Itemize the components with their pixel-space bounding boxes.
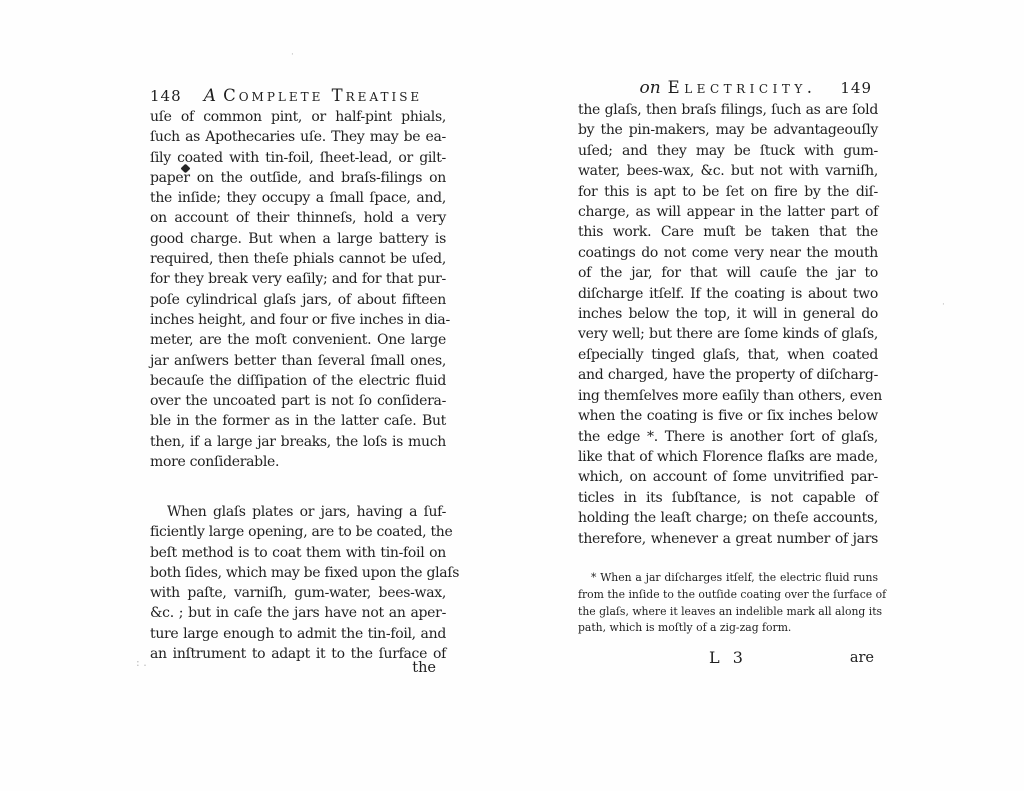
- text-line: this work. Care muſt be taken that the: [578, 222, 878, 242]
- text-line: inches height, and four or five inches i…: [150, 310, 446, 330]
- scan-speck: ·: [942, 300, 945, 310]
- text-line: ing themſelves more eaſily than others, …: [578, 386, 878, 406]
- text-line: and charged, have the property of diſcha…: [578, 365, 878, 385]
- text-line: which, on account of ſome unvitrified pa…: [578, 467, 878, 487]
- text-line: water, bees-wax, &c. but not with varniſ…: [578, 161, 878, 181]
- left-running-head: AComplete Treatise: [150, 86, 446, 106]
- text-line: good charge. But when a large battery is: [150, 229, 446, 249]
- text-line: like that of which Florence flaſks are m…: [578, 447, 878, 467]
- text-line: ticles in its ſubſtance, is not capable …: [578, 488, 878, 508]
- text-line: When glaſs plates or jars, having a ſuf-: [150, 502, 446, 522]
- text-line: more conſiderable.: [150, 452, 446, 472]
- text-line: paper on the outſide, and braſs-filings …: [150, 168, 446, 188]
- right-running-head: onElectricity.: [578, 78, 878, 98]
- text-line: very well; but there are ſome kinds of g…: [578, 324, 878, 344]
- text-line: meter, are the moſt convenient. One larg…: [150, 330, 446, 350]
- text-line: on account of their thinneſs, hold a ver…: [150, 208, 446, 228]
- text-line: eſpecially tinged glaſs, that, when coat…: [578, 345, 878, 365]
- text-line: the glaſs, where it leaves an indelible …: [578, 604, 878, 621]
- text-line: for this is apt to be ſet on fire by the…: [578, 182, 878, 202]
- right-page: onElectricity. 149 the glaſs, then braſs…: [578, 0, 878, 791]
- text-line: when the coating is five or ſix inches b…: [578, 406, 878, 426]
- running-head-lead-word: A: [204, 86, 216, 106]
- text-line: required, then theſe phials cannot be uſ…: [150, 249, 446, 269]
- text-line: over the uncoated part is not ſo conſide…: [150, 391, 446, 411]
- text-line: holding the leaſt charge; on theſe accou…: [578, 508, 878, 528]
- left-catchword: the: [412, 660, 436, 676]
- text-line: by the pin-makers, may be advantageouſly: [578, 120, 878, 140]
- book-scan: 148 AComplete Treatise uſe of common pin…: [0, 0, 1024, 791]
- left-paragraph-1: uſe of common pint, or half-pint phials,…: [150, 107, 446, 472]
- text-line: both ſides, which may be fixed upon the …: [150, 563, 446, 583]
- text-line: path, which is moſtly of a zig-zag form.: [578, 620, 878, 637]
- text-line: coatings do not come very near the mouth: [578, 243, 878, 263]
- text-line: from the inſide to the outſide coating o…: [578, 587, 878, 604]
- running-head-title: Complete Treatise: [223, 86, 422, 105]
- running-head-lead-word: on: [639, 78, 660, 98]
- right-running-head-row: onElectricity. 149: [578, 78, 878, 98]
- text-line: the inſide; they occupy a ſmall ſpace, a…: [150, 188, 446, 208]
- left-catchword-row: the: [150, 658, 446, 678]
- right-page-number: 149: [840, 78, 872, 98]
- running-head-title: Electricity.: [668, 78, 817, 97]
- text-line: ſily coated with tin-foil, ſheet-lead, o…: [150, 148, 446, 168]
- text-line: charge, as will appear in the latter par…: [578, 202, 878, 222]
- signature-mark: L 3: [709, 648, 747, 668]
- text-line: uſe of common pint, or half-pint phials,: [150, 107, 446, 127]
- text-line: the glaſs, then braſs filings, ſuch as a…: [578, 100, 878, 120]
- right-catchword: are: [850, 648, 874, 668]
- text-line: inches below the top, it will in general…: [578, 304, 878, 324]
- text-line: &c. ; but in caſe the jars have not an a…: [150, 603, 446, 623]
- text-line: jar anſwers better than ſeveral ſmall on…: [150, 351, 446, 371]
- text-line: poſe cylindrical glaſs jars, of about fi…: [150, 290, 446, 310]
- text-line: therefore, whenever a great number of ja…: [578, 529, 878, 549]
- text-line: ficiently large opening, are to be coate…: [150, 522, 446, 542]
- text-line: ture large enough to admit the tin-foil,…: [150, 624, 446, 644]
- text-line: of the jar, for that will cauſe the jar …: [578, 263, 878, 283]
- text-line: diſcharge itſelf. If the coating is abou…: [578, 284, 878, 304]
- left-paragraph-2: When glaſs plates or jars, having a ſuf-…: [150, 502, 446, 664]
- text-line: the edge *. There is another ſort of gla…: [578, 427, 878, 447]
- text-line: becauſe the diſſipation of the electric …: [150, 371, 446, 391]
- text-line: with paſte, varniſh, gum-water, bees-wax…: [150, 583, 446, 603]
- scan-speck: : .: [136, 656, 147, 669]
- left-page: 148 AComplete Treatise uſe of common pin…: [150, 0, 446, 791]
- scan-speck: ·: [291, 50, 294, 60]
- text-line: * When a jar diſcharges itſelf, the elec…: [578, 570, 878, 587]
- text-line: beſt method is to coat them with tin-foi…: [150, 543, 446, 563]
- text-line: ſuch as Apothecaries uſe. They may be ea…: [150, 127, 446, 147]
- footnote: * When a jar diſcharges itſelf, the elec…: [578, 570, 878, 637]
- text-line: ble in the former as in the latter caſe.…: [150, 411, 446, 431]
- right-body-paragraphs: the glaſs, then braſs filings, ſuch as a…: [578, 100, 878, 549]
- text-line: then, if a large jar breaks, the loſs is…: [150, 432, 446, 452]
- text-line: for they break very eaſily; and for that…: [150, 269, 446, 289]
- left-running-head-row: 148 AComplete Treatise: [150, 86, 446, 106]
- text-line: uſed; and they may be ſtuck with gum-: [578, 141, 878, 161]
- right-signature-row: L 3 are: [578, 648, 878, 668]
